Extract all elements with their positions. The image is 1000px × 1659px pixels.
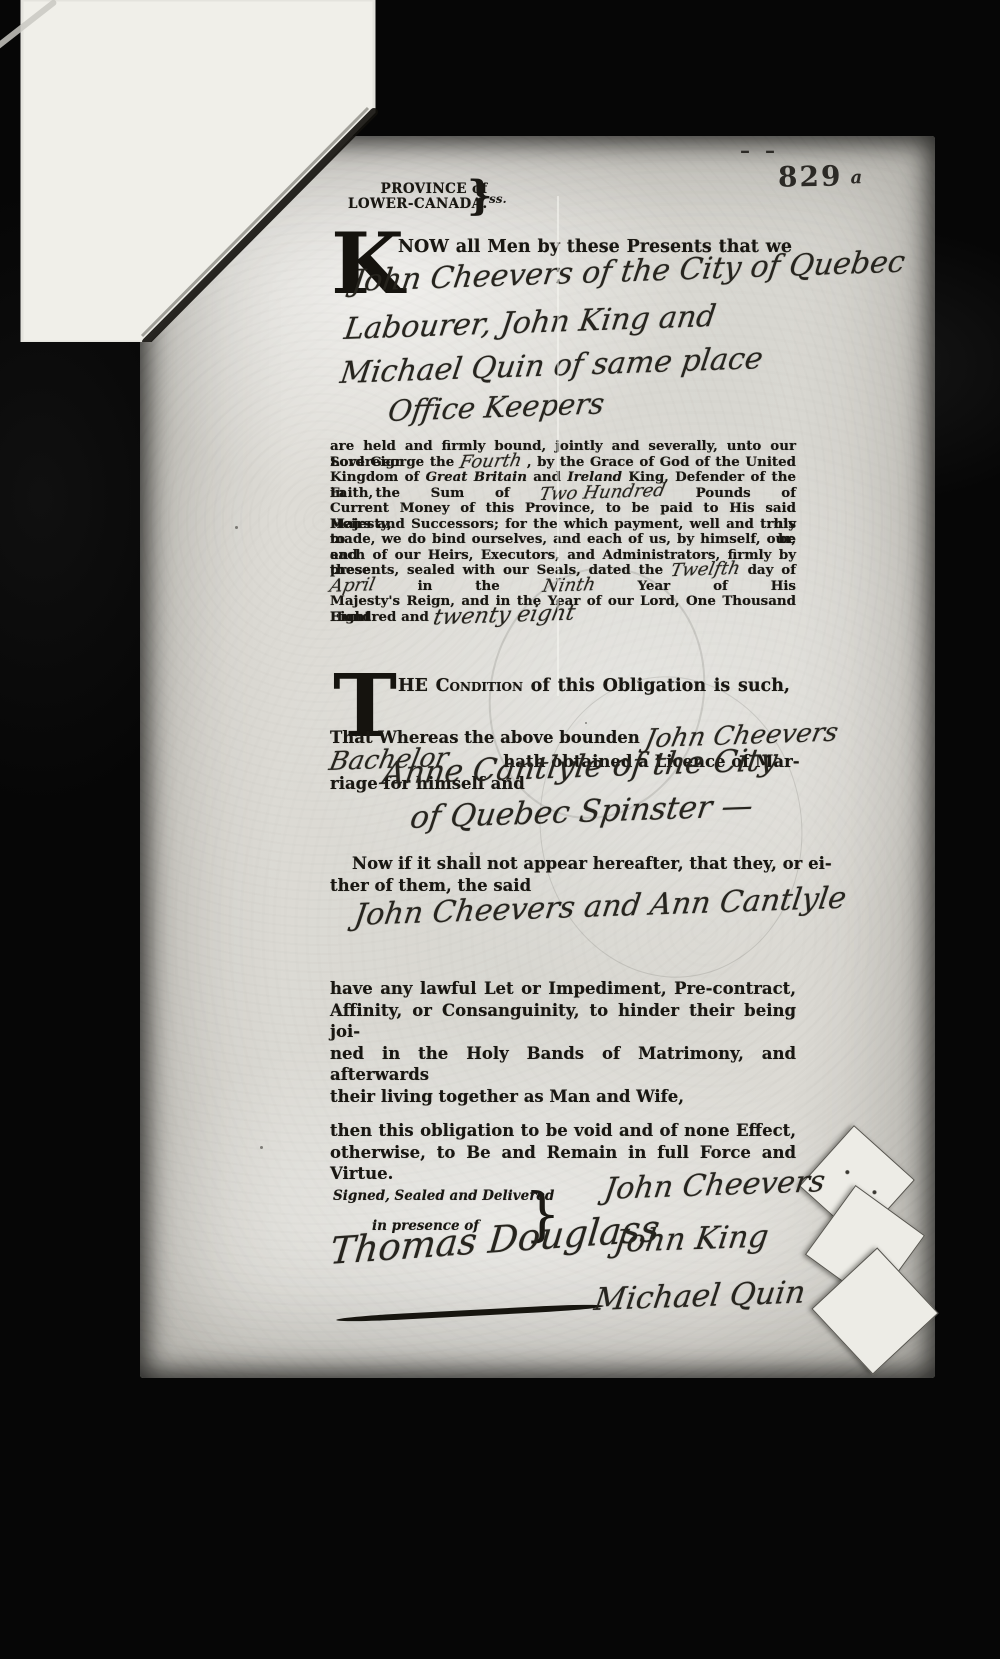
- paper-speck: [585, 722, 587, 724]
- paragraph-line: Affinity, or Consanguinity, to hinder th…: [330, 1000, 796, 1043]
- condition-heading-text: HE: [398, 676, 428, 696]
- bond-line: in the Sum of Two Hundred Pounds of: [330, 486, 796, 502]
- bond-text: Pounds of: [696, 485, 796, 501]
- page-number-suffix: a: [850, 167, 862, 188]
- handwritten-bounden-name: John Cheevers: [644, 728, 838, 745]
- condition-heading-smallcaps: Condition: [436, 676, 523, 696]
- bond-text: , by the Grace of God of the United: [527, 454, 796, 470]
- paper-speck: [470, 852, 473, 855]
- condition-paragraph-line: Now if it shall not appear hereafter, th…: [352, 854, 832, 873]
- signature-flourish: [336, 1303, 604, 1323]
- bond-text: Lord George the: [330, 454, 454, 470]
- paper-speck: [235, 526, 238, 529]
- signer-signature: John Cheevers: [602, 1164, 827, 1207]
- paragraph-line: have any lawful Let or Impediment, Pre-c…: [330, 978, 796, 1000]
- page-number: 829: [778, 160, 843, 194]
- condition-text: That Whereas the above bounden: [330, 728, 640, 747]
- bond-text: Hundred and: [330, 609, 429, 625]
- overlapping-page-corner: [18, 0, 382, 342]
- witness-signature: Thomas Douglass: [328, 1207, 662, 1273]
- attestation-line1: Signed, Sealed and Delivered: [333, 1188, 554, 1204]
- handwritten-month: April: [329, 582, 375, 590]
- bond-text: day of: [748, 562, 796, 578]
- paper-speck: [260, 1146, 263, 1149]
- bond-text: in the: [418, 578, 500, 594]
- jurat-ss: ss.: [489, 192, 507, 206]
- handwritten-day: Twelfth: [670, 566, 740, 574]
- handwritten-regnal-name: Fourth: [459, 457, 522, 465]
- bond-text: in the Sum of: [330, 485, 510, 501]
- condition-heading: HE Condition of this Obligation is such,: [398, 676, 790, 696]
- handwritten-party-line3: Michael Quin of same place: [338, 341, 765, 391]
- handwritten-party-line4: Office Keepers: [386, 386, 607, 428]
- paper-fold-line: [557, 196, 559, 696]
- bond-text: Kingdom of: [330, 469, 419, 485]
- bond-line: made, we do bind ourselves, and each of …: [330, 532, 796, 548]
- signer-signature: Michael Quin: [592, 1274, 808, 1318]
- bond-line: are held and firmly bound, jointly and s…: [330, 439, 796, 455]
- paragraph-line: then this obligation to be void and of n…: [330, 1120, 796, 1142]
- bond-line: Heirs and Successors; for the which paym…: [330, 517, 796, 533]
- paragraph-line: their living together as Man and Wife,: [330, 1086, 796, 1108]
- page-number-stamp: 829a: [778, 159, 855, 193]
- paragraph-line: ned in the Holy Bands of Matrimony, and …: [330, 1043, 796, 1086]
- stamp-dashes: – –: [740, 138, 779, 162]
- bond-line: Lord George the Fourth , by the Grace of…: [330, 455, 796, 471]
- signer-signature: John King: [612, 1218, 771, 1260]
- condition-heading-text: of this Obligation is such,: [531, 676, 790, 696]
- impediment-paragraph: have any lawful Let or Impediment, Pre-c…: [330, 978, 796, 1108]
